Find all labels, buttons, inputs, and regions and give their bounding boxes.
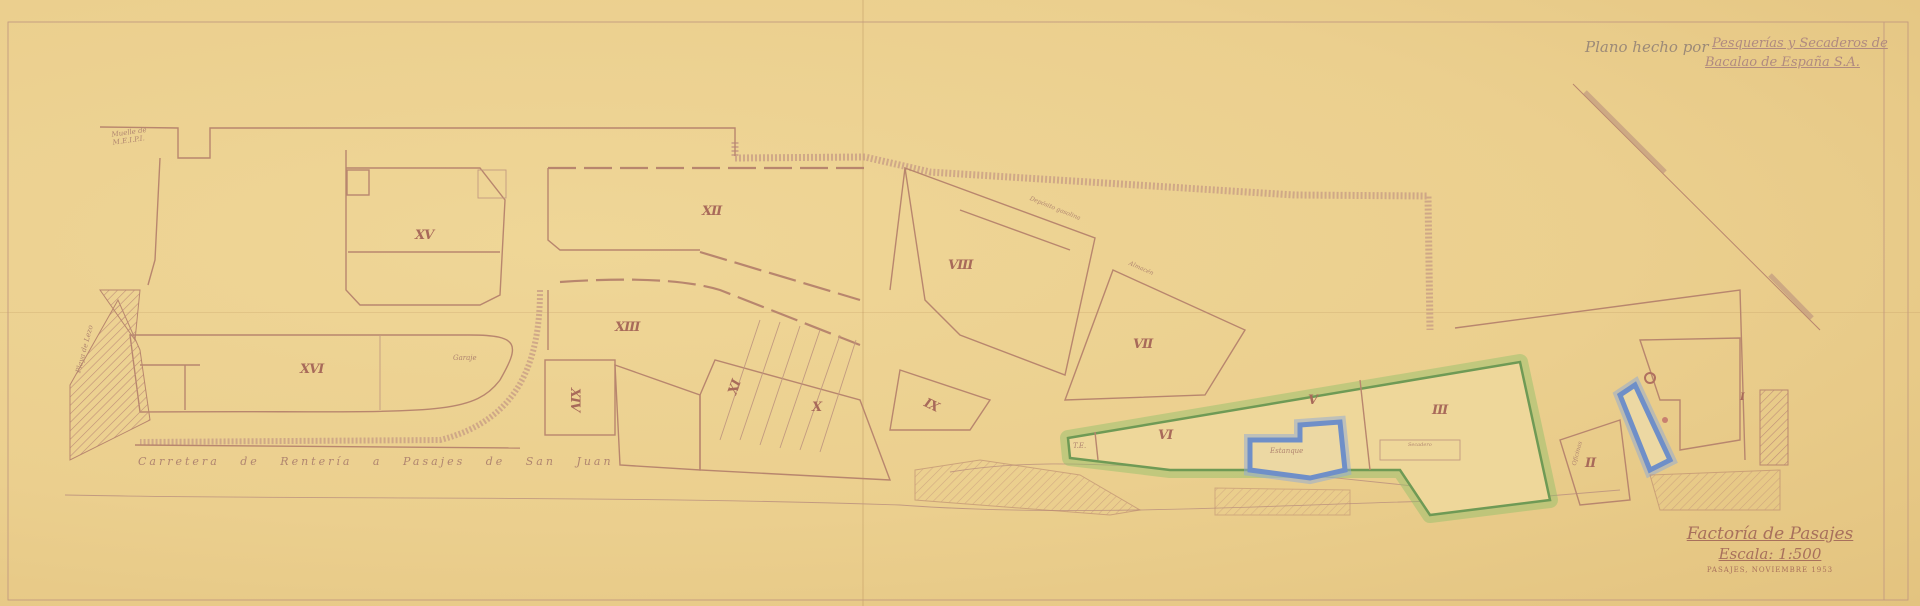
building-label-VIII: VIII xyxy=(948,258,972,273)
site-plan-sheet: Plano hecho por Pesquerías y Secaderos d… xyxy=(0,0,1920,606)
plan-date: PASAJES, NOVIEMBRE 1953 xyxy=(1640,566,1900,574)
company-name-line1: Pesquerías y Secaderos de xyxy=(1712,36,1888,51)
building-label-X: X xyxy=(812,400,821,415)
plan-title: Factoría de Pasajes xyxy=(1640,524,1900,544)
stone-wall xyxy=(735,142,1430,330)
building-label-I: I xyxy=(1740,392,1744,403)
building-label-V: V xyxy=(1308,393,1317,408)
company-name-line2: Bacalao de España S.A. xyxy=(1705,55,1860,70)
sheet-border xyxy=(8,22,1908,600)
building-label-XII: XII xyxy=(702,204,721,219)
building-label-XIV: XIV xyxy=(567,388,582,411)
building-label-VII: VII xyxy=(1133,337,1152,352)
label-estanque: Estanque xyxy=(1270,447,1303,455)
building-label-XVI: XVI xyxy=(300,362,323,377)
label-te: T.E. xyxy=(1073,442,1086,450)
title-block: Factoría de Pasajes Escala: 1:500 PASAJE… xyxy=(1640,524,1900,574)
label-carretera: Carretera de Rentería a Pasajes de San J… xyxy=(138,455,614,468)
building-label-XV: XV xyxy=(415,228,433,243)
plan-scale: Escala: 1:500 xyxy=(1640,545,1900,563)
label-garaje: Garaje xyxy=(453,354,477,362)
building-label-III: III xyxy=(1432,403,1447,418)
building-label-XIII: XIII xyxy=(615,320,639,335)
building-label-II: II xyxy=(1585,456,1595,471)
plan-drawing xyxy=(0,0,1920,606)
label-secadero: Secadero xyxy=(1408,442,1432,448)
building-label-VI: VI xyxy=(1158,428,1172,443)
handwritten-note: Plano hecho por xyxy=(1585,38,1709,56)
